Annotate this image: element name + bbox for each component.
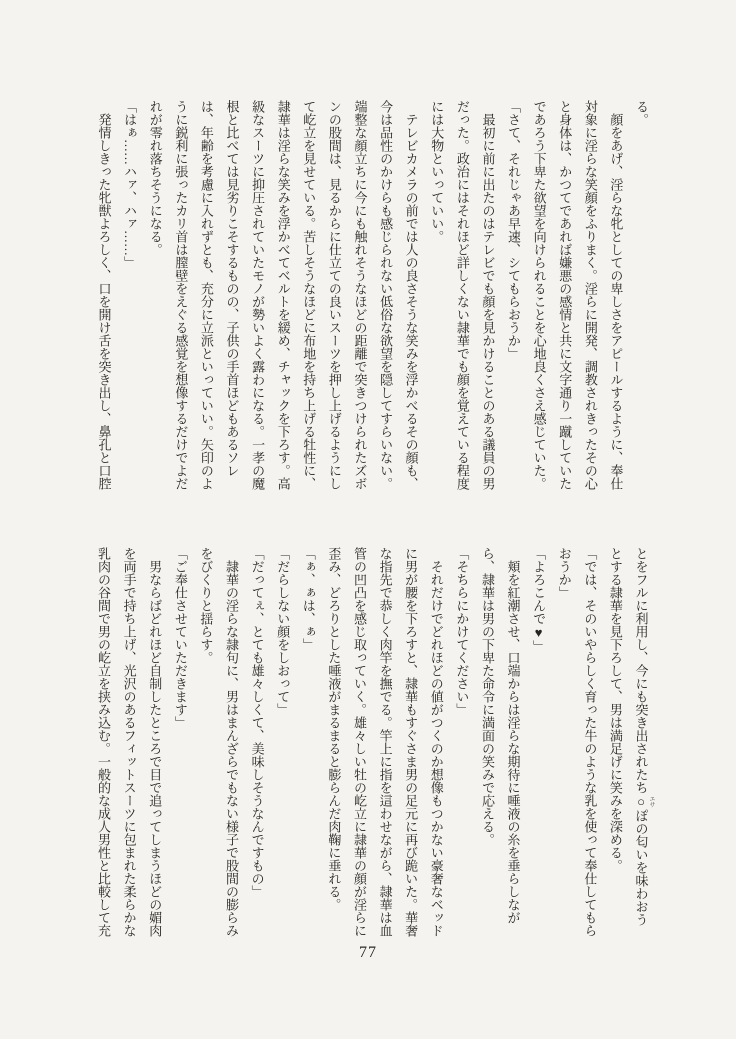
dialogue-line: 「はぁ……ハァ、ハァ……」 <box>117 100 143 490</box>
paragraph: テレビカメラの前では人の良さそうな笑みを浮かべるその顔も、今は品性のかけらも感じ… <box>142 100 424 490</box>
paragraph: る。 <box>628 100 654 490</box>
paragraph-text: とをフルに利用し、今にも突き出された <box>634 547 649 781</box>
furigana-text: エサ <box>648 781 654 822</box>
paragraph: 隷華の淫らな隷句に、男はまんざらでもない様子で股間の膨らみをびくりと揺らす。 <box>193 547 244 937</box>
paragraph: 顔をあげ、淫らな牝としての卑しさをアピールするように、奉仕対象に淫らな笑顔をふり… <box>526 100 628 490</box>
dialogue-line: 「ぁ、ぁは、ぁ」 <box>295 547 321 937</box>
ruby-base: ち○ぽ <box>634 781 649 822</box>
dialogue-line: 「では、そのいやらしく育った牛のような乳を使って奉仕してもらおうか」 <box>551 547 602 937</box>
paragraph-with-furigana: とをフルに利用し、今にも突き出されたち○ぽエサの匂いを味わおうとする隷華を見下ろ… <box>602 547 654 937</box>
paragraph: 最初に前に出たのはテレビでも顔を見かけることのある議員の男だった。政治にはそれほ… <box>424 100 501 490</box>
dialogue-line: 「さて、それじゃあ早速、シてもらおうか」 <box>500 100 526 490</box>
paragraph: 頬を紅潮させ、口端からは淫らな期待に唾液の糸を垂らしながら、隷華は男の下卑た命令… <box>474 547 525 937</box>
dialogue-line: 「そちらにかけてください」 <box>449 547 475 937</box>
scanned-book-page: る。 顔をあげ、淫らな牝としての卑しさをアピールするように、奉仕対象に淫らな笑顔… <box>0 0 736 1039</box>
paragraph: それだけでどれほどの値がつくのか想像もつかない豪奢なベッドに男が腰を下ろすと、隷… <box>321 547 449 937</box>
paragraph: 男ならばどれほど自制したところで目で追ってしまうほどの媚肉を両手で持ち上げ、光沢… <box>90 547 167 937</box>
text-block-bottom: とをフルに利用し、今にも突き出されたち○ぽエサの匂いを味わおうとする隷華を見下ろ… <box>90 547 654 937</box>
dialogue-line: 「よろこんで♥」 <box>526 547 552 937</box>
text-block-top: る。 顔をあげ、淫らな牝としての卑しさをアピールするように、奉仕対象に淫らな笑顔… <box>91 100 654 490</box>
paragraph: 発情しきった牝獣よろしく、口を開け舌を突き出し、鼻孔と口腔 <box>91 100 117 490</box>
dialogue-line: 「だってぇ、とても雄々しくて、美味しそうなんですもの」 <box>244 547 270 937</box>
dialogue-line: 「ご奉仕させていただきます」 <box>167 547 193 937</box>
dialogue-line: 「だらしない顔をしおって」 <box>270 547 296 937</box>
furigana-ruby: ち○ぽエサ <box>634 781 649 822</box>
page-number: 77 <box>0 944 736 962</box>
